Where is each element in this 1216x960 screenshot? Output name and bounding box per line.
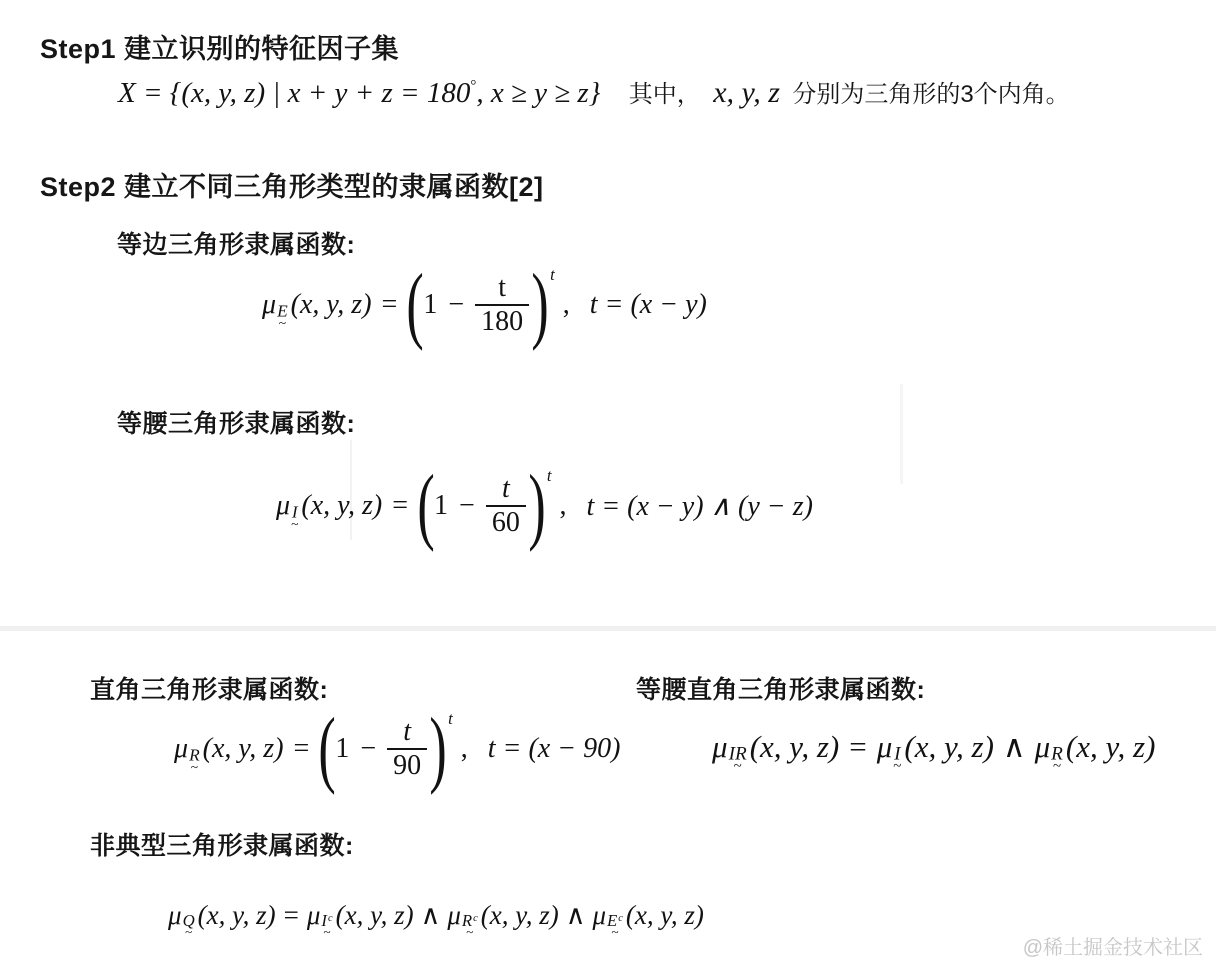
left-paren: ( (319, 706, 336, 792)
mu-symbol: μ (1035, 729, 1051, 765)
fuzzy-subscript: R ~ (1051, 745, 1063, 771)
tilde-mark: ~ (291, 521, 298, 527)
isosceles-section-label: 等腰三角形隶属函数: (117, 404, 355, 440)
arguments: (x, y, z) (291, 289, 372, 321)
tilde-mark: ~ (734, 764, 742, 771)
one-minus: 1 − (335, 733, 378, 765)
mu-symbol: μ (712, 729, 728, 765)
tilde-mark: ~ (185, 930, 192, 936)
numerator: t (498, 473, 514, 505)
feature-set-formula: X = {(x, y, z) | x + y + z = 180°, x ≥ y… (118, 74, 1070, 110)
faint-vertical-line (900, 384, 903, 484)
iso-right-membership-formula: μ IR ~ (x, y, z) = μ I ~ (x, y, z) ∧ μ R… (712, 722, 1155, 772)
equilateral-membership-formula: μ E ~ (x, y, z) = ( 1 − t 180 ) t , t = … (262, 258, 707, 352)
t-definition: t = (x − y) (590, 289, 707, 321)
right-triangle-section-label: 直角三角形隶属函数: (90, 670, 328, 706)
mu-symbol: μ (307, 900, 321, 931)
fuzzy-subscript: E ~ (277, 303, 288, 326)
arguments: (x, y, z) (1066, 729, 1156, 765)
equals-sign: = (294, 733, 310, 765)
fraction: t 180 (475, 272, 529, 338)
numerator: t (399, 716, 415, 748)
left-paren: ( (407, 262, 424, 348)
tilde-mark: ~ (191, 764, 198, 770)
comma: , (563, 289, 570, 321)
iso-right-section-label: 等腰直角三角形隶属函数: (636, 670, 925, 706)
set-formula-body: X = {(x, y, z) | x + y + z = 180 (118, 77, 470, 109)
one-minus: 1 − (434, 490, 477, 522)
note-suffix: 分别为三角形的3个内角。 (792, 81, 1069, 108)
tilde-mark: ~ (279, 320, 286, 326)
tilde-mark: ~ (1053, 764, 1061, 771)
tilde-mark: ~ (611, 930, 618, 936)
fuzzy-subscript: IR ~ (729, 745, 747, 771)
denominator: 180 (475, 304, 529, 338)
mu-symbol: μ (174, 733, 188, 765)
arguments: (x, y, z) (481, 900, 559, 931)
atypical-membership-formula: μ Q ~ (x, y, z) = μ Ic ~ (x, y, z) ∧ μ R… (168, 891, 704, 939)
arguments: (x, y, z) (336, 900, 414, 931)
mu-symbol: μ (877, 729, 893, 765)
wedge-operator: ∧ (1003, 729, 1026, 765)
comma: , (559, 490, 566, 522)
arguments: (x, y, z) (198, 900, 276, 931)
mu-symbol: μ (276, 490, 290, 522)
equals-sign: = (392, 490, 408, 522)
comma: , (461, 733, 468, 765)
degree-symbol: ° (470, 78, 476, 94)
right-paren: ) (429, 706, 446, 792)
fuzzy-subscript: Ic ~ (321, 913, 332, 936)
complement-superscript: c (328, 913, 333, 924)
denominator: 90 (387, 748, 427, 782)
tilde-mark: ~ (323, 930, 330, 936)
wedge-operator: ∧ (421, 900, 441, 931)
equals-sign: = (382, 289, 398, 321)
fuzzy-subscript: I ~ (291, 504, 298, 527)
fuzzy-subscript: I ~ (893, 745, 901, 771)
faint-vertical-line (350, 440, 352, 540)
complement-superscript: c (473, 913, 478, 924)
tilde-mark: ~ (893, 764, 901, 771)
right-paren: ) (528, 463, 545, 549)
denominator: 60 (486, 505, 526, 539)
fuzzy-subscript: Ec ~ (607, 913, 623, 936)
fuzzy-subscript: Q ~ (183, 913, 195, 936)
arguments: (x, y, z) (626, 900, 704, 931)
arguments: (x, y, z) (750, 729, 840, 765)
step1-heading: Step1 建立识别的特征因子集 (40, 27, 399, 66)
exponent: t (550, 265, 555, 285)
t-definition: t = (x − y) ∧ (y − z) (586, 489, 812, 523)
isosceles-membership-formula: μ I ~ (x, y, z) = ( 1 − t 60 ) t , t = (… (276, 459, 813, 553)
exponent: t (448, 709, 453, 729)
mu-symbol: μ (447, 900, 461, 931)
step2-heading: Step2 建立不同三角形类型的隶属函数[2] (40, 165, 544, 204)
section-divider (0, 626, 1216, 631)
note-variables: x, y, z (713, 76, 780, 109)
fraction: t 90 (387, 716, 427, 782)
t-definition: t = (x − 90) (488, 733, 621, 765)
fuzzy-subscript: R ~ (189, 747, 200, 770)
mu-symbol: μ (592, 900, 606, 931)
mu-symbol: μ (168, 900, 182, 931)
mu-symbol: μ (262, 289, 276, 321)
equals-sign: = (849, 729, 866, 765)
arguments: (x, y, z) (301, 490, 382, 522)
arguments: (x, y, z) (904, 729, 994, 765)
atypical-section-label: 非典型三角形隶属函数: (90, 826, 354, 862)
right-triangle-membership-formula: μ R ~ (x, y, z) = ( 1 − t 90 ) t , t = (… (174, 702, 620, 796)
arguments: (x, y, z) (203, 733, 284, 765)
fuzzy-subscript: Rc ~ (462, 913, 478, 936)
fraction: t 60 (486, 473, 526, 539)
tilde-mark: ~ (466, 930, 473, 936)
complement-superscript: c (618, 913, 623, 924)
wedge-operator: ∧ (566, 900, 586, 931)
numerator: t (494, 272, 510, 304)
equals-sign: = (284, 900, 299, 931)
note-prefix: 其中， (629, 81, 701, 108)
equilateral-section-label: 等边三角形隶属函数: (117, 225, 355, 261)
exponent: t (547, 466, 552, 486)
left-paren: ( (417, 463, 434, 549)
one-minus: 1 − (423, 289, 466, 321)
set-formula-tail: , x ≥ y ≥ z} (476, 77, 600, 109)
right-paren: ) (531, 262, 548, 348)
watermark: @稀土掘金技术社区 (1023, 931, 1203, 960)
